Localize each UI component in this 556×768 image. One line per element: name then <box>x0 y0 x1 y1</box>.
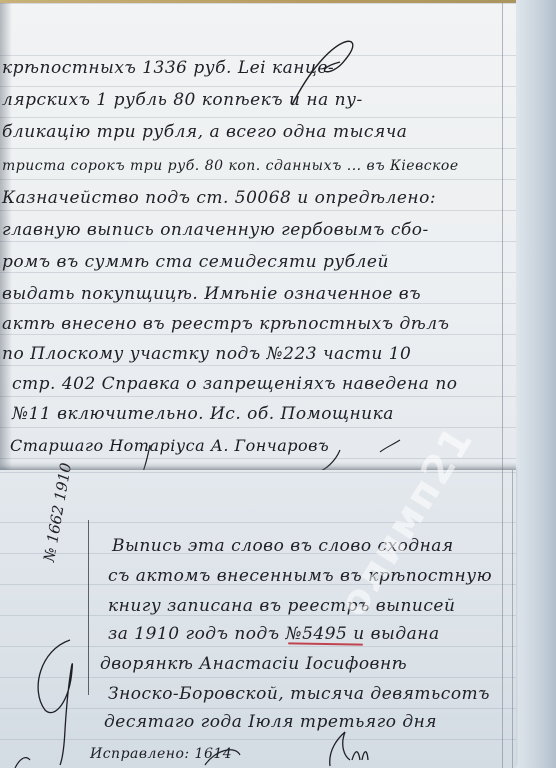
lower-line-7: десятаго года Іюля третьяго дня <box>104 712 437 732</box>
line-8: выдать покупщицѣ. Имѣніе означенное въ <box>2 284 421 304</box>
lower-line-6: Зноско-Боровской, тысяча девятьсотъ <box>108 684 490 704</box>
line-1: крѣпостныхъ 1336 руб. Lei канце- <box>2 58 334 78</box>
notary-signature-line: Старшаго Нотаріуса А. Гончаровъ <box>10 436 329 455</box>
line-10: по Плоскому участку подъ №223 части 10 <box>2 344 411 364</box>
next-page-edge <box>516 0 556 768</box>
line-2: лярскихъ 1 рубль 80 копѣекъ и на пу- <box>2 90 363 110</box>
correction-note: Исправлено: 1614 <box>90 746 232 762</box>
lower-line-5: дворянкѣ Анастасіи Іосифовнѣ <box>100 654 407 674</box>
line-9: актѣ внесено въ реестръ крѣпостныхъ дѣлъ <box>2 314 449 334</box>
left-margin-rule <box>88 520 89 695</box>
line-3: бликацію три рубля, а всего одна тысяча <box>2 122 407 142</box>
lower-line-3: книгу записана въ реестръ выписей <box>108 596 455 616</box>
right-margin-rule-outer <box>512 470 513 768</box>
line-11: стр. 402 Справка о запрещеніяхъ наведена… <box>12 374 458 394</box>
line-4: триста сорокъ три руб. 80 коп. сданныхъ … <box>2 158 459 174</box>
right-margin-rule-lower <box>502 470 503 768</box>
line-12: №11 включительно. Ис. об. Помощника <box>12 404 394 424</box>
lower-line-2: съ актомъ внесеннымъ въ крѣпостную <box>108 566 492 586</box>
line-6: главную выпись оплаченную гербовымъ сбо- <box>2 220 429 240</box>
document-scan: крѣпостныхъ 1336 руб. Lei канце- лярских… <box>0 0 556 768</box>
line-7: ромъ въ суммѣ ста семидесяти рублей <box>2 252 389 272</box>
line-5: Казначейство подъ ст. 50068 и опредѣлено… <box>2 188 436 208</box>
lower-line-4: за 1910 годъ подъ №5495 и выдана <box>108 624 440 644</box>
